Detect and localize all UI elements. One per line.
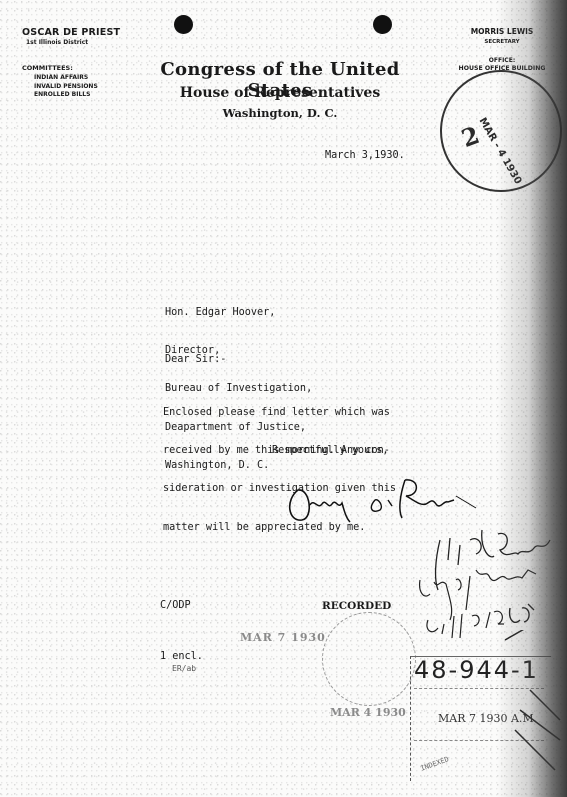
handwritten-initials: ER/ab [172, 664, 196, 673]
congressman-district: 1st Illinois District [26, 39, 88, 46]
committee-item: INVALID PENSIONS [34, 83, 98, 92]
salutation: Dear Sir:- [165, 354, 226, 367]
enclosure-note: 1 encl. [160, 651, 203, 664]
committee-item: INDIAN AFFAIRS [34, 74, 98, 83]
recorded-stamp: RECORDED [322, 600, 391, 612]
committees-list: INDIAN AFFAIRS INVALID PENSIONS ENROLLED… [34, 74, 98, 100]
committee-item: ENROLLED BILLS [34, 91, 98, 100]
reference-initials: C/ODP [160, 600, 191, 613]
letterhead-subtitle: House of Representatives [160, 85, 400, 101]
congressman-name: OSCAR DE PRIEST [22, 27, 120, 38]
document-page: OSCAR DE PRIEST 1st Illinois District CO… [0, 0, 567, 797]
scan-edge-shadow [497, 0, 567, 797]
letter-date: March 3,1930. [325, 150, 405, 163]
address-line: Hon. Edgar Hoover, [165, 307, 312, 320]
punch-hole [373, 15, 392, 34]
faint-circular-stamp [322, 612, 416, 706]
committees-heading: COMMITTEES: [22, 64, 73, 72]
body-line: Enclosed please find letter which was [163, 407, 396, 420]
faint-date-stamp: MAR 4 1930 [330, 706, 406, 719]
faint-date-stamp: MAR 7 1930 [240, 631, 326, 644]
letterhead-location: Washington, D. C. [160, 106, 400, 120]
closing: Respectfully yours, [272, 445, 389, 458]
punch-hole [174, 15, 193, 34]
